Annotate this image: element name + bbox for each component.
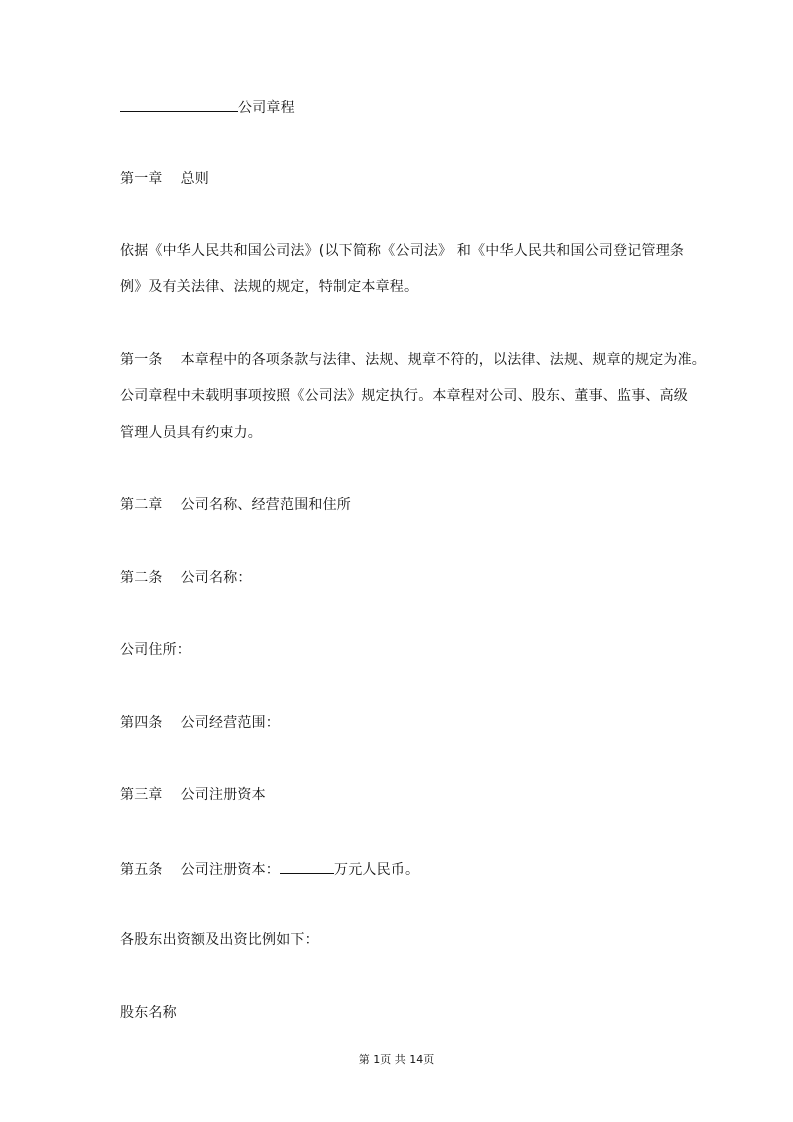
preamble-line-1: 依据《中华人民共和国公司法》(以下简称《公司法》 和《中华人民共和国公司登记管理… [120, 242, 684, 260]
chapter-2-heading: 第二章公司名称、经营范围和住所 [120, 496, 351, 514]
article-1-line-3: 管理人员具有约束力。 [120, 424, 262, 442]
article-text-after: 万元人民币。 [334, 862, 419, 878]
chapter-title: 公司注册资本 [181, 787, 266, 803]
article-text: 公司经营范围： [181, 715, 280, 731]
document-title: 公司章程 [120, 97, 295, 117]
chapter-title: 总则 [181, 171, 209, 187]
article-2: 第二条公司名称： [120, 569, 252, 587]
article-text: 公司名称： [181, 570, 252, 586]
chapter-title: 公司名称、经营范围和住所 [181, 497, 351, 513]
chapter-label: 第二章 [120, 497, 163, 513]
chapter-1-heading: 第一章总则 [120, 170, 209, 188]
contribution-intro: 各股东出资额及出资比例如下： [120, 931, 319, 949]
article-1-line-1: 第一条本章程中的各项条款与法律、法规、规章不符的，以法律、法规、规章的规定为准。 [120, 351, 706, 369]
article-label: 第二条 [120, 570, 163, 586]
chapter-3-heading: 第三章公司注册资本 [120, 786, 266, 804]
article-label: 第五条 [120, 862, 163, 878]
article-text-before: 公司注册资本： [181, 862, 280, 878]
chapter-label: 第一章 [120, 171, 163, 187]
title-text: 公司章程 [238, 100, 295, 116]
shareholder-name-label: 股东名称 [120, 1004, 177, 1022]
article-1-line-2: 公司章程中未载明事项按照《公司法》规定执行。本章程对公司、股东、董事、监事、高级 [120, 387, 688, 405]
article-text: 本章程中的各项条款与法律、法规、规章不符的，以法律、法规、规章的规定为准。 [181, 352, 706, 368]
capital-amount-blank [280, 859, 334, 874]
article-label: 第一条 [120, 352, 163, 368]
preamble-line-2: 例》及有关法律、法规的规定，特制定本章程。 [120, 278, 418, 296]
document-page: 公司章程 第一章总则 依据《中华人民共和国公司法》(以下简称《公司法》 和《中华… [0, 0, 793, 1122]
chapter-label: 第三章 [120, 787, 163, 803]
article-label: 第四条 [120, 715, 163, 731]
company-name-blank [120, 97, 238, 112]
article-5: 第五条公司注册资本：万元人民币。 [120, 859, 419, 879]
company-address: 公司住所： [120, 641, 191, 659]
article-4: 第四条公司经营范围： [120, 714, 280, 732]
page-footer: 第 1页 共 14页 [0, 1053, 793, 1067]
